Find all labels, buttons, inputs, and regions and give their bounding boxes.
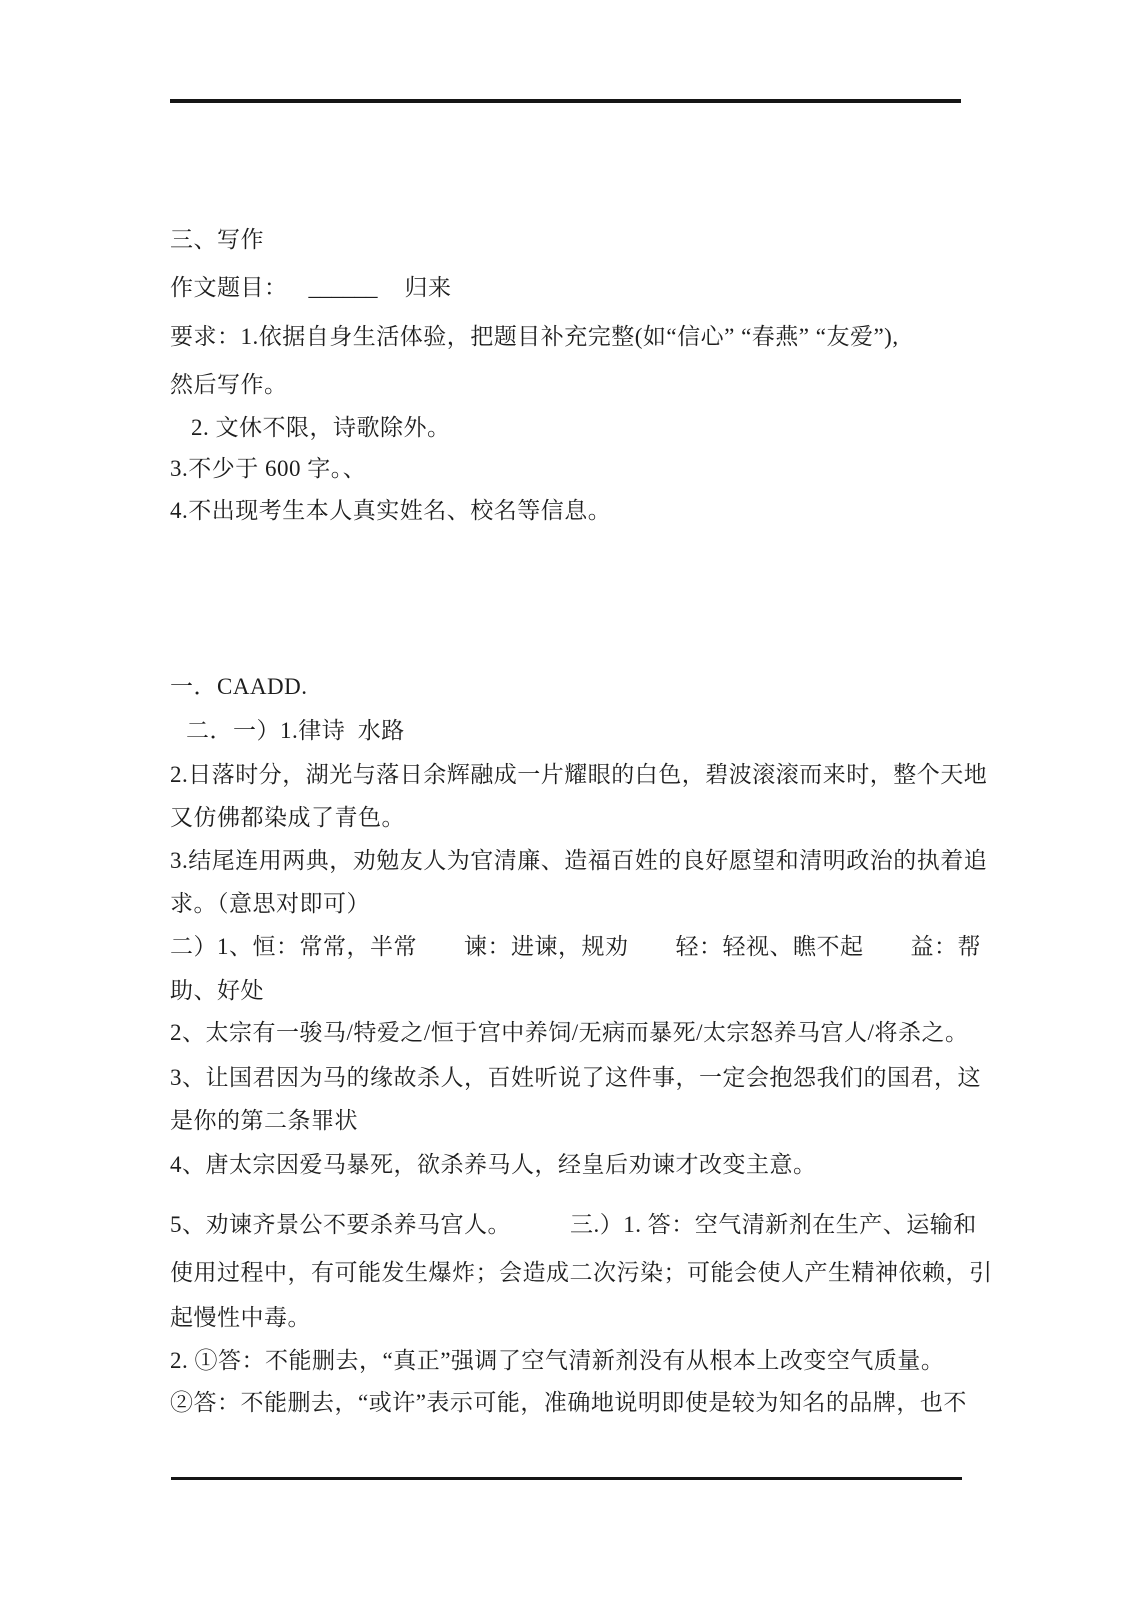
answer-line: ②答：不能删去，“或许”表示可能，准确地说明即使是较为知名的品牌，也不 <box>170 1388 1000 1418</box>
answer-line: 3、让国君因为马的缘故杀人，百姓听说了这件事，一定会抱怨我们的国君，这 <box>170 1063 1000 1093</box>
answer-line: 起慢性中毒。 <box>170 1303 1000 1333</box>
composition-title-suffix: 归来 <box>405 275 452 300</box>
answer-line: 2.日落时分，湖光与落日余辉融成一片耀眼的白色，碧波滚滚而来时，整个天地 <box>170 760 1000 790</box>
section-heading-writing: 三、写作 <box>170 225 1000 255</box>
answer-line: 助、好处 <box>170 976 1000 1006</box>
answer-line: 使用过程中，有可能发生爆炸；会造成二次污染；可能会使人产生精神依赖，引 <box>170 1258 1000 1288</box>
answer-line: 又仿佛都染成了青色。 <box>170 803 1000 833</box>
answer-line: 二）1、恒：常常，半常 谏：进谏，规劝 轻：轻视、瞧不起 益：帮 <box>170 932 1000 962</box>
requirement-line: 3.不少于 600 字。、 <box>170 454 1000 484</box>
answer-line: 5、劝谏齐景公不要杀养马宫人。 三.）1. 答：空气清新剂在生产、运输和 <box>170 1210 1000 1240</box>
answer-line: 3.结尾连用两典，劝勉友人为官清廉、造福百姓的良好愿望和清明政治的执着追 <box>170 846 1000 876</box>
document-page: 三、写作 作文题目：______归来 要求：1.依据自身生活体验，把题目补充完整… <box>0 0 1131 1600</box>
requirement-line: 2. 文休不限，诗歌除外。 <box>170 413 1021 443</box>
composition-title-line: 作文题目：______归来 <box>170 273 1000 303</box>
answer-line: 2、太宗有一骏马/特爱之/恒于宫中养饲/无病而暴死/太宗怒养马宫人/将杀之。 <box>170 1018 1000 1048</box>
header-rule <box>170 99 961 103</box>
answer-line: 2. ①答：不能删去，“真正”强调了空气清新剂没有从根本上改变空气质量。 <box>170 1346 1000 1376</box>
answer-line: 4、唐太宗因爱马暴死，欲杀养马人，经皇后劝谏才改变主意。 <box>170 1150 1000 1180</box>
footer-rule <box>171 1477 962 1480</box>
composition-title-label: 作文题目： <box>170 275 288 300</box>
answer-line: 二．一）1.律诗 水路 <box>170 716 1016 746</box>
answer-line: 一．CAADD. <box>170 672 1000 702</box>
fill-in-blank-line: ______ <box>309 273 378 303</box>
requirement-line: 然后写作。 <box>170 370 1000 400</box>
answer-line: 是你的第二条罪状 <box>170 1106 1000 1136</box>
requirement-line: 4.不出现考生本人真实姓名、校名等信息。 <box>170 496 1000 526</box>
answer-line: 求。（意思对即可） <box>170 889 1000 919</box>
requirement-line: 要求：1.依据自身生活体验，把题目补充完整(如“信心” “春燕” “友爱”), <box>170 322 1000 352</box>
